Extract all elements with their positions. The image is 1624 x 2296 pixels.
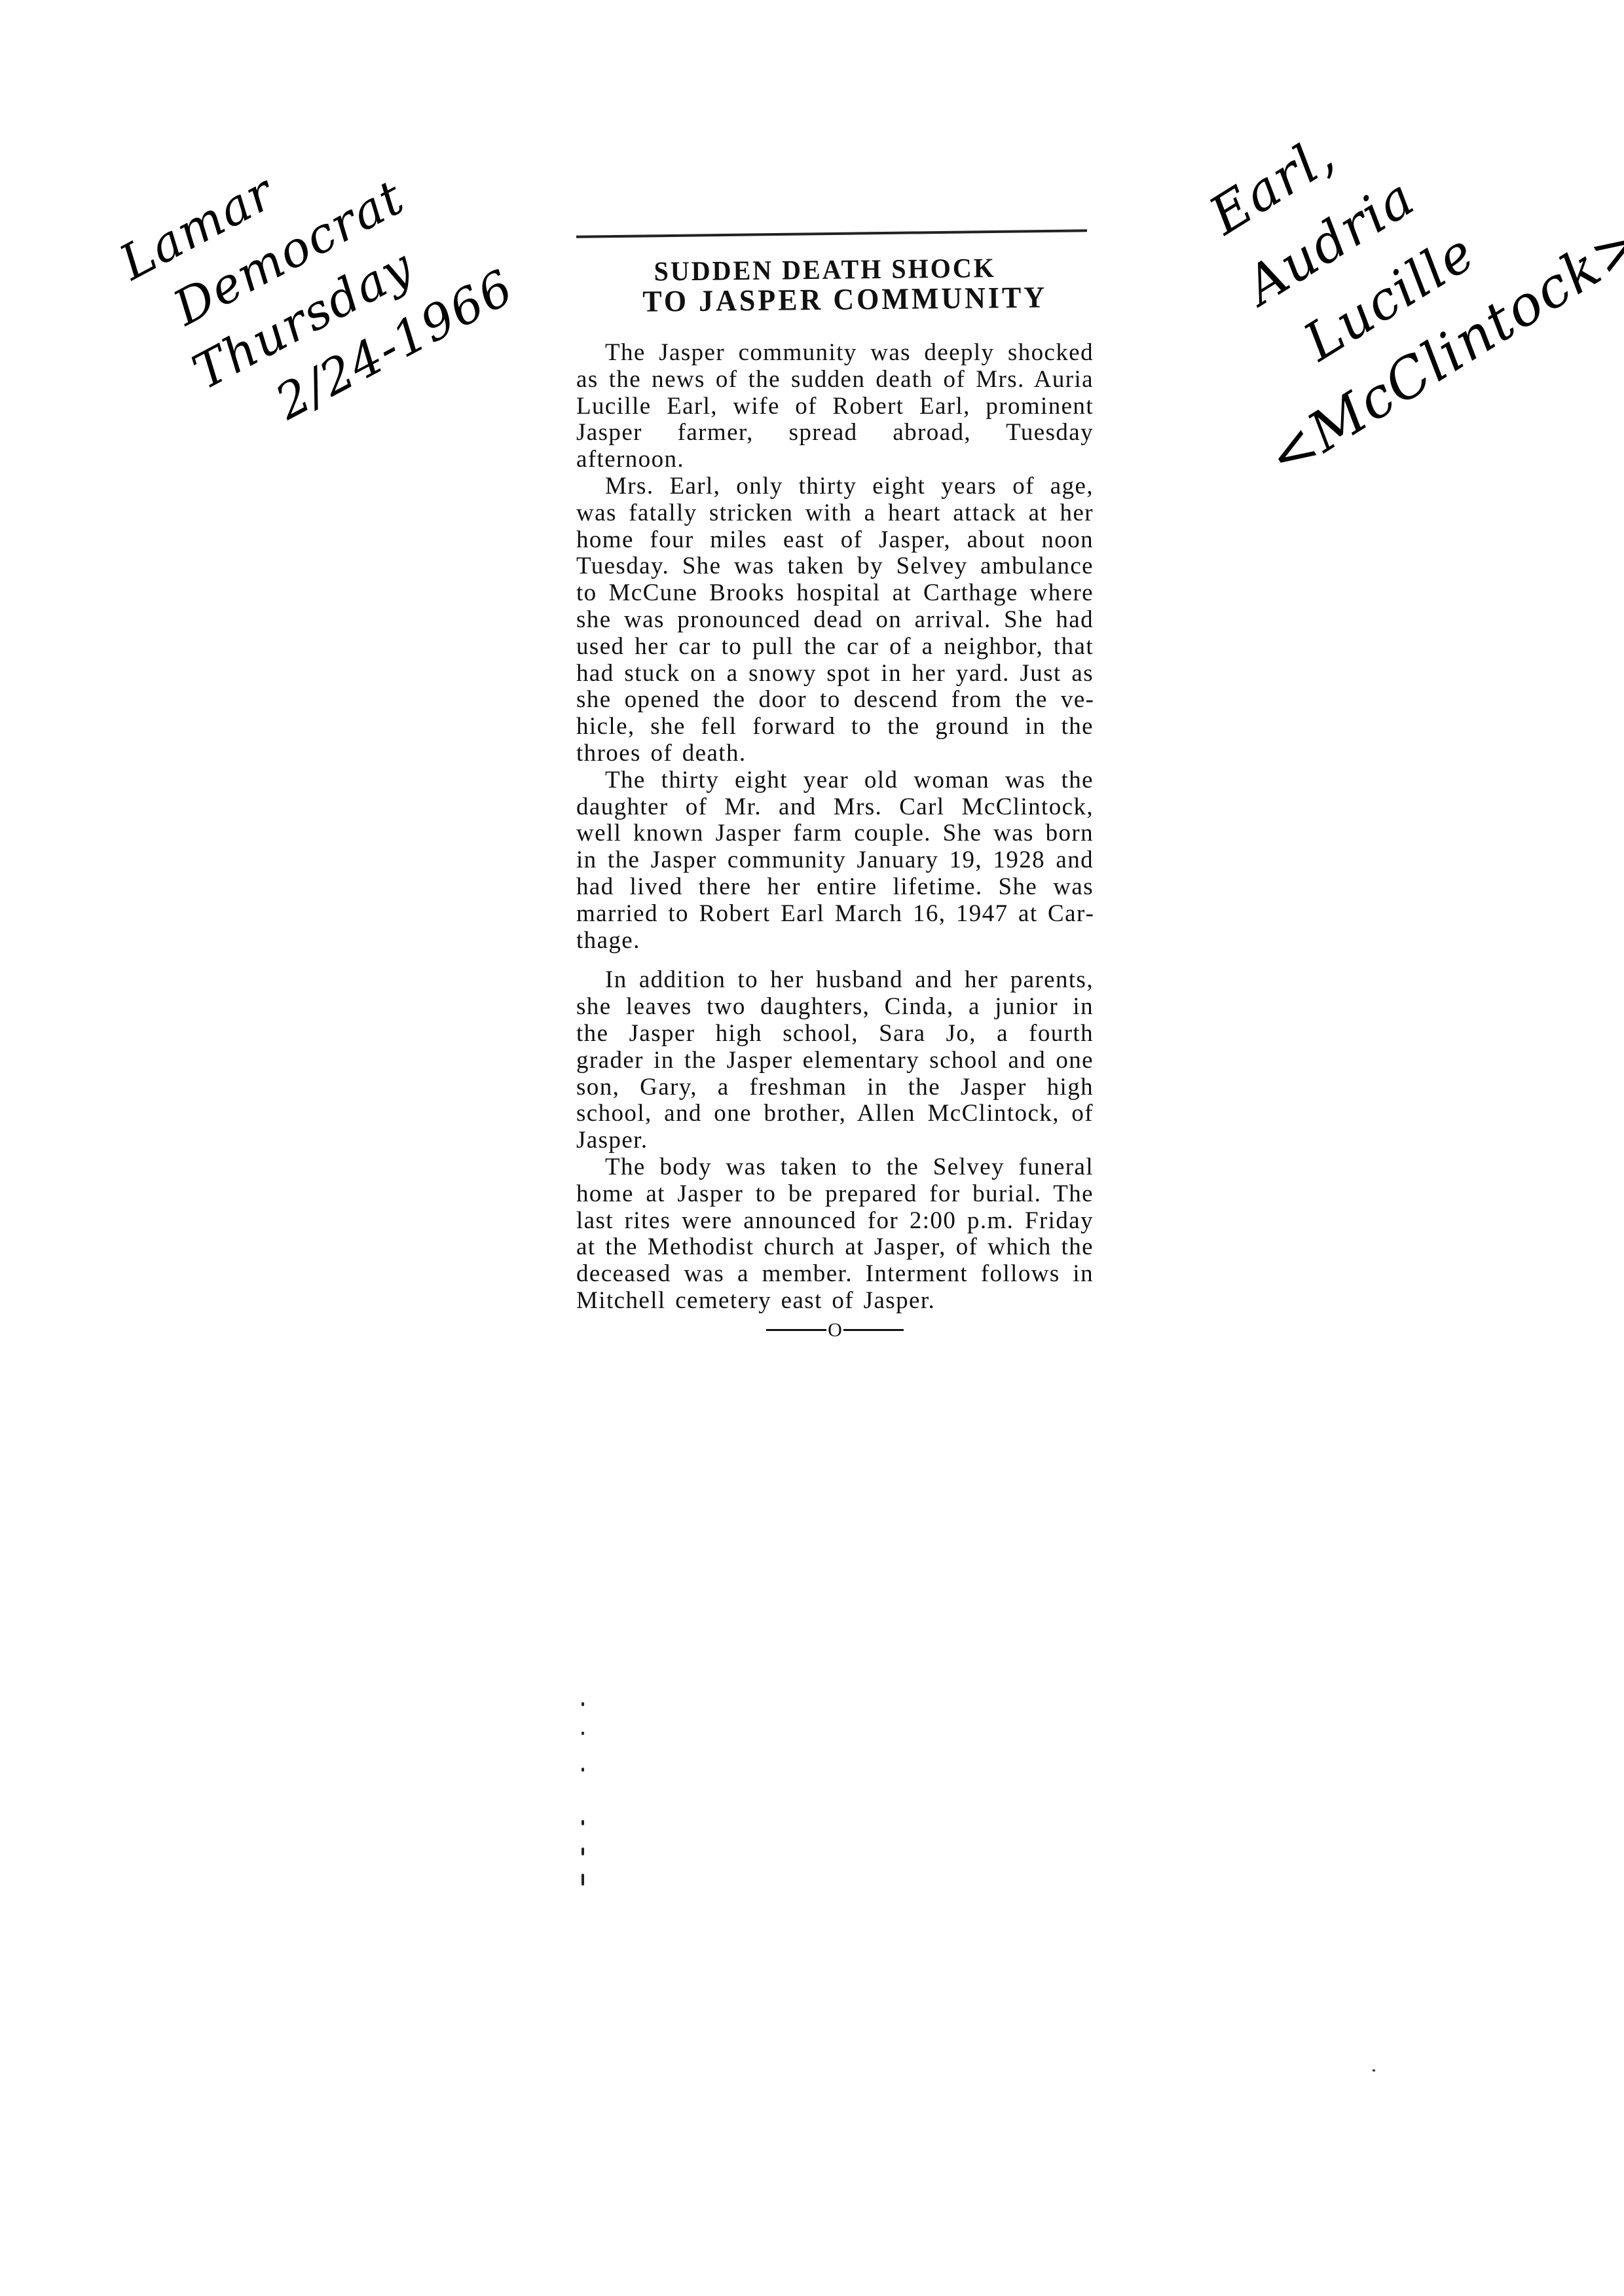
end-mark-rule-right [843,1329,904,1331]
paragraph-circumstances: Mrs. Earl, only thirty eight years of ag… [576,473,1094,767]
newspaper-clipping: SUDDEN DEATH SHOCK TO JASPER COMMUNITY T… [576,232,1094,1337]
paragraph-funeral-arrangements: The body was taken to the Selvey funeral… [576,1154,1094,1315]
end-of-article-mark: O [766,1324,904,1337]
headline-line-2: TO JASPER COMMUNITY [596,282,1094,318]
article-body: The Jasper community was deeply shocked … [576,340,1094,1315]
end-mark-rule-left [766,1329,826,1331]
scan-speck [581,1848,584,1855]
scan-speck [581,1732,584,1735]
paragraph-survivors: In addition to her husband and her paren… [576,967,1094,1154]
scan-speck [581,1768,584,1772]
scan-speck [1373,2069,1375,2071]
scan-artifacts [581,1702,588,1899]
paragraph-announcement: The Jasper community was deeply shocked … [576,340,1094,473]
scan-speck [581,1820,584,1825]
end-mark-symbol: O [826,1324,843,1337]
scan-speck [581,1702,584,1706]
handwritten-source-note: Lamar Democrat Thursday 2/24-1966 [109,65,577,509]
column-top-rule [576,229,1087,238]
article-headline: SUDDEN DEATH SHOCK TO JASPER COMMUNITY [576,252,1094,318]
scan-speck [581,1874,584,1886]
handwritten-name-note: Earl, Audria Lucille <McClintock> [1128,35,1624,606]
paragraph-biography: The thirty eight year old woman was the … [576,767,1094,955]
